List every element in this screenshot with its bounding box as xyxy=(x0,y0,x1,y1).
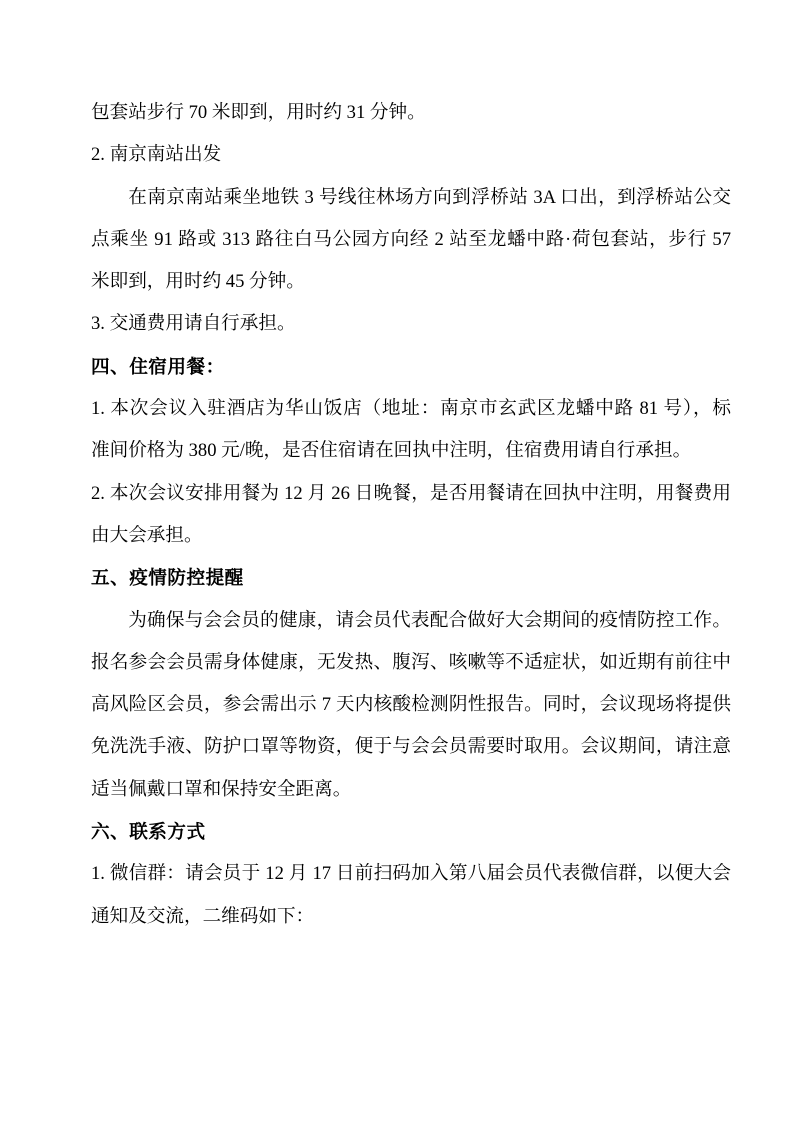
text-line: 高风险区会员，参会需出示 7 天内核酸检测阴性报告。同时，会议现场将提供 xyxy=(91,684,731,726)
text-line: 点乘坐 91 路或 313 路往白马公园方向经 2 站至龙蟠中路·荷包套站，步行… xyxy=(91,219,731,261)
text-line: 在南京南站乘坐地铁 3 号线往林场方向到浮桥站 3A 口出，到浮桥站公交 xyxy=(91,177,731,219)
text-line: 3. 交通费用请自行承担。 xyxy=(91,303,731,345)
section-heading: 五、疫情防控提醒 xyxy=(91,557,731,599)
text-line: 免洗洗手液、防护口罩等物资，便于与会会员需要时取用。会议期间，请注意 xyxy=(91,726,731,768)
document-content: 包套站步行 70 米即到，用时约 31 分钟。2. 南京南站出发在南京南站乘坐地… xyxy=(91,92,731,938)
section-heading: 六、联系方式 xyxy=(91,811,731,853)
document-page: 包套站步行 70 米即到，用时约 31 分钟。2. 南京南站出发在南京南站乘坐地… xyxy=(0,0,800,1131)
text-line: 适当佩戴口罩和保持安全距离。 xyxy=(91,769,731,811)
text-line: 通知及交流，二维码如下： xyxy=(91,896,731,938)
text-line: 米即到，用时约 45 分钟。 xyxy=(91,261,731,303)
section-heading: 四、住宿用餐： xyxy=(91,346,731,388)
text-line: 报名参会会员需身体健康，无发热、腹泻、咳嗽等不适症状，如近期有前往中 xyxy=(91,642,731,684)
text-line: 2. 本次会议安排用餐为 12 月 26 日晚餐，是否用餐请在回执中注明，用餐费… xyxy=(91,473,731,515)
text-line: 由大会承担。 xyxy=(91,515,731,557)
text-line: 为确保与会会员的健康，请会员代表配合做好大会期间的疫情防控工作。 xyxy=(91,600,731,642)
text-line: 1. 微信群：请会员于 12 月 17 日前扫码加入第八届会员代表微信群，以便大… xyxy=(91,853,731,895)
text-line: 2. 南京南站出发 xyxy=(91,134,731,176)
text-line: 包套站步行 70 米即到，用时约 31 分钟。 xyxy=(91,92,731,134)
text-line: 准间价格为 380 元/晚，是否住宿请在回执中注明，住宿费用请自行承担。 xyxy=(91,430,731,472)
text-line: 1. 本次会议入驻酒店为华山饭店（地址：南京市玄武区龙蟠中路 81 号），标 xyxy=(91,388,731,430)
